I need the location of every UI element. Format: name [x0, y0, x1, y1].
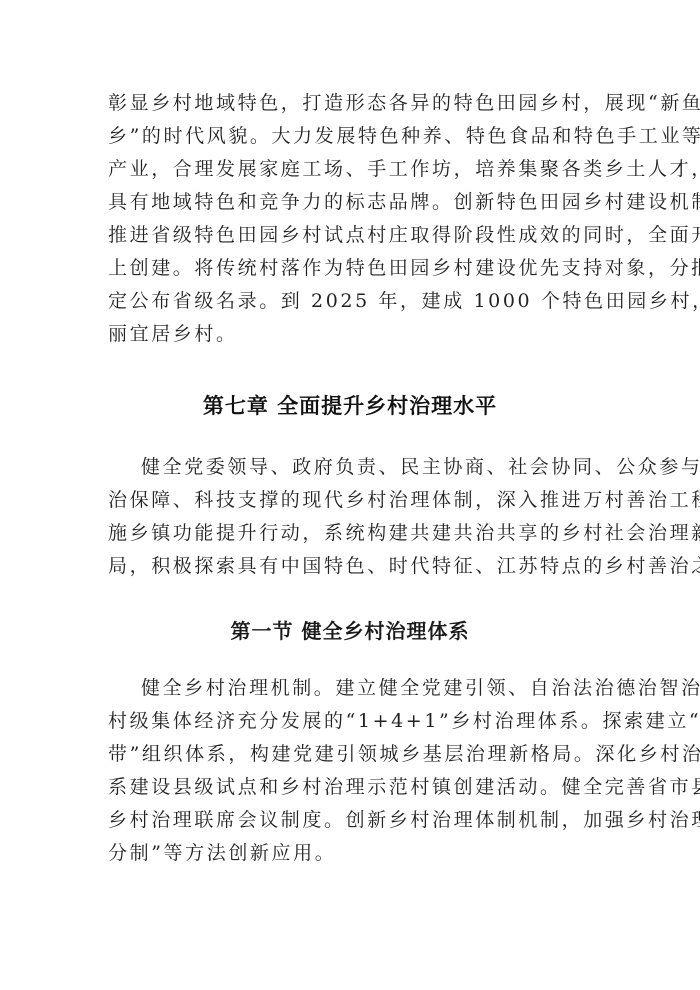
text-line: 分制”等方法创新应用。	[108, 837, 600, 870]
paragraph-rural-features: 彰显乡村地域特色，打造形态各异的特色田园乡村，展现“新鱼米之 乡”的时代风貌。大…	[108, 87, 600, 351]
text-line: 产业，合理发展家庭工场、手工作坊，培养集聚各类乡土人才，打造	[108, 153, 600, 186]
text-line: 施乡镇功能提升行动，系统构建共建共治共享的乡村社会治理新格	[108, 517, 600, 550]
paragraph-governance-mechanism: 健全乡村治理机制。建立健全党建引领、自治法治德治智治融合、 村级集体经济充分发展…	[108, 672, 600, 870]
text-line: 带”组织体系，构建党建引领城乡基层治理新格局。深化乡村治理体	[108, 738, 600, 771]
text-line: 推进省级特色田园乡村试点村庄取得阶段性成效的同时，全面开展面	[108, 219, 600, 252]
text-line: 丽宜居乡村。	[108, 318, 600, 351]
text-line: 乡”的时代风貌。大力发展特色种养、特色食品和特色手工业等乡土	[108, 120, 600, 153]
text-line: 上创建。将传统村落作为特色田园乡村建设优先支持对象，分批次认	[108, 252, 600, 285]
text-line: 定公布省级名录。到 2025 年，建成 1000 个特色田园乡村，1 万个美	[108, 285, 600, 318]
text-line: 村级集体经济充分发展的“1+4+1”乡村治理体系。探索建立“抓管	[108, 705, 600, 738]
text-line: 彰显乡村地域特色，打造形态各异的特色田园乡村，展现“新鱼米之	[108, 87, 600, 120]
text-line: 系建设县级试点和乡村治理示范村镇创建活动。健全完善省市县各级	[108, 771, 600, 804]
document-page: 彰显乡村地域特色，打造形态各异的特色田园乡村，展现“新鱼米之 乡”的时代风貌。大…	[0, 0, 700, 990]
text-line: 健全乡村治理机制。建立健全党建引领、自治法治德治智治融合、	[108, 672, 600, 705]
paragraph-chapter-intro: 健全党委领导、政府负责、民主协商、社会协同、公众参与、法 治保障、科技支撑的现代…	[108, 451, 600, 583]
chapter-heading: 第七章 全面提升乡村治理水平	[0, 390, 700, 420]
text-line: 治保障、科技支撑的现代乡村治理体制，深入推进万村善治工程，实	[108, 484, 600, 517]
section-heading: 第一节 健全乡村治理体系	[0, 615, 700, 644]
text-line: 具有地域特色和竞争力的标志品牌。创新特色田园乡村建设机制，在	[108, 186, 600, 219]
text-line: 局，积极探索具有中国特色、时代特征、江苏特点的乡村善治之路。	[108, 550, 600, 583]
text-line: 健全党委领导、政府负责、民主协商、社会协同、公众参与、法	[108, 451, 600, 484]
text-line: 乡村治理联席会议制度。创新乡村治理体制机制，加强乡村治理“积	[108, 804, 600, 837]
